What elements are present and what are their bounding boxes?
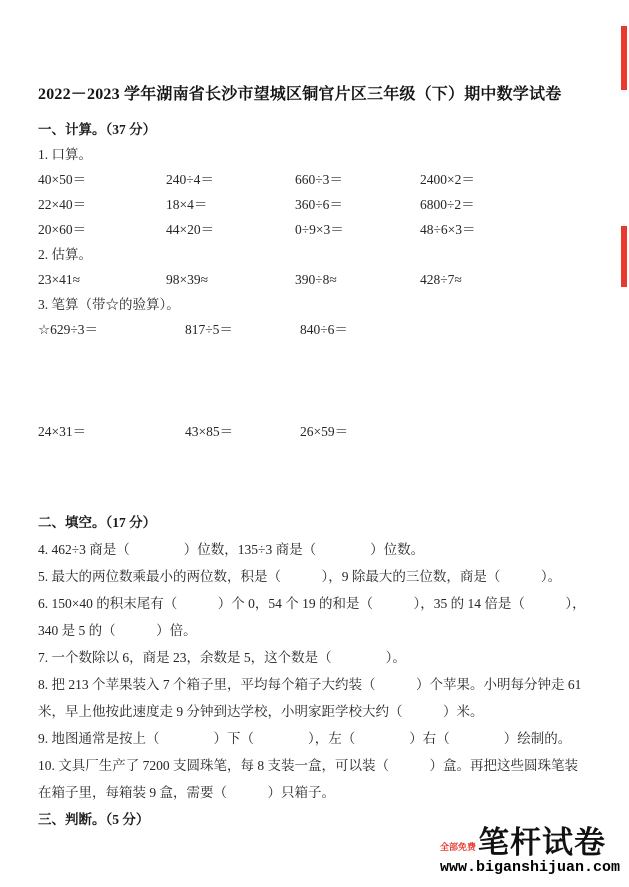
q1-label: 1. 口算。 (38, 142, 613, 167)
watermark-url: www.biganshijuan.com (440, 860, 620, 875)
question-6-line2: 340 是 5 的（ ）倍。 (38, 617, 613, 644)
q2-label: 2. 估算。 (38, 242, 613, 267)
equation: 840÷6＝ (300, 317, 613, 342)
equation: 44×20＝ (166, 217, 295, 242)
equation: 240÷4＝ (166, 167, 295, 192)
working-space-2 (38, 444, 613, 509)
question-7: 7. 一个数除以 6，商是 23，余数是 5，这个数是（ ）。 (38, 644, 613, 671)
brand-logo-text: 笔杆试卷 (478, 827, 606, 858)
equation: 43×85＝ (185, 419, 300, 444)
equation: 0÷9×3＝ (295, 217, 420, 242)
equation: 18×4＝ (166, 192, 295, 217)
equation: ☆629÷3＝ (38, 317, 185, 342)
section1-heading: 一、计算。（37 分） (38, 117, 613, 142)
equation: 48÷6×3＝ (420, 217, 613, 242)
equation: 6800÷2＝ (420, 192, 613, 217)
estimate-row: 23×41≈ 98×39≈ 390÷8≈ 428÷7≈ (38, 267, 613, 292)
biganshijuan-watermark: 全部免费 笔杆试卷 www.biganshijuan.com (440, 827, 620, 875)
question-8-line2: 米，早上他按此速度走 9 分钟到达学校，小明家距学校大约（ ）米。 (38, 698, 613, 725)
section-calculation: 一、计算。（37 分） 1. 口算。 40×50＝ 240÷4＝ 660÷3＝ … (38, 117, 613, 509)
question-9: 9. 地图通常是按上（ ）下（ ），左（ ）右（ ）绘制的。 (38, 725, 613, 752)
question-8-line1: 8. 把 213 个苹果装入 7 个箱子里，平均每个箱子大约装（ ）个苹果。小明… (38, 671, 613, 698)
equation: 24×31＝ (38, 419, 185, 444)
equation: 390÷8≈ (295, 267, 420, 292)
free-badge: 全部免费 (440, 840, 476, 853)
working-space-1 (38, 342, 613, 419)
watermark-brand-row: 全部免费 笔杆试卷 (440, 827, 620, 858)
document-content: 2022－2023 学年湖南省长沙市望城区铜官片区三年级（下）期中数学试卷 一、… (38, 84, 613, 833)
equation: 26×59＝ (300, 419, 613, 444)
written-row-1: ☆629÷3＝ 817÷5＝ 840÷6＝ (38, 317, 613, 342)
equation: 22×40＝ (38, 192, 166, 217)
section2-heading: 二、填空。（17 分） (38, 509, 613, 536)
exam-title: 2022－2023 学年湖南省长沙市望城区铜官片区三年级（下）期中数学试卷 (38, 84, 613, 106)
red-marker-bar-top (621, 26, 627, 90)
question-4: 4. 462÷3 商是（ ）位数，135÷3 商是（ ）位数。 (38, 536, 613, 563)
red-marker-bar-middle (621, 226, 627, 287)
equation: 98×39≈ (166, 267, 295, 292)
equation: 428÷7≈ (420, 267, 613, 292)
equation: 360÷6＝ (295, 192, 420, 217)
question-10-line2: 在箱子里，每箱装 9 盒，需要（ ）只箱子。 (38, 779, 613, 806)
equation: 660÷3＝ (295, 167, 420, 192)
question-5: 5. 最大的两位数乘最小的两位数，积是（ ），9 除最大的三位数，商是（ ）。 (38, 563, 613, 590)
equation: 817÷5＝ (185, 317, 300, 342)
question-6-line1: 6. 150×40 的积末尾有（ ）个 0，54 个 19 的和是（ ），35 … (38, 590, 613, 617)
equation: 2400×2＝ (420, 167, 613, 192)
equation: 23×41≈ (38, 267, 166, 292)
question-10-line1: 10. 文具厂生产了 7200 支圆珠笔，每 8 支装一盒，可以装（ ）盒。再把… (38, 752, 613, 779)
oral-row-2: 22×40＝ 18×4＝ 360÷6＝ 6800÷2＝ (38, 192, 613, 217)
exam-paper-page: 2022－2023 学年湖南省长沙市望城区铜官片区三年级（下）期中数学试卷 一、… (0, 0, 629, 887)
q3-label: 3. 笔算（带☆的验算）。 (38, 292, 613, 317)
equation: 40×50＝ (38, 167, 166, 192)
equation: 20×60＝ (38, 217, 166, 242)
written-row-2: 24×31＝ 43×85＝ 26×59＝ (38, 419, 613, 444)
oral-row-1: 40×50＝ 240÷4＝ 660÷3＝ 2400×2＝ (38, 167, 613, 192)
oral-row-3: 20×60＝ 44×20＝ 0÷9×3＝ 48÷6×3＝ (38, 217, 613, 242)
section-fill-in-blanks: 二、填空。（17 分） 4. 462÷3 商是（ ）位数，135÷3 商是（ ）… (38, 509, 613, 806)
